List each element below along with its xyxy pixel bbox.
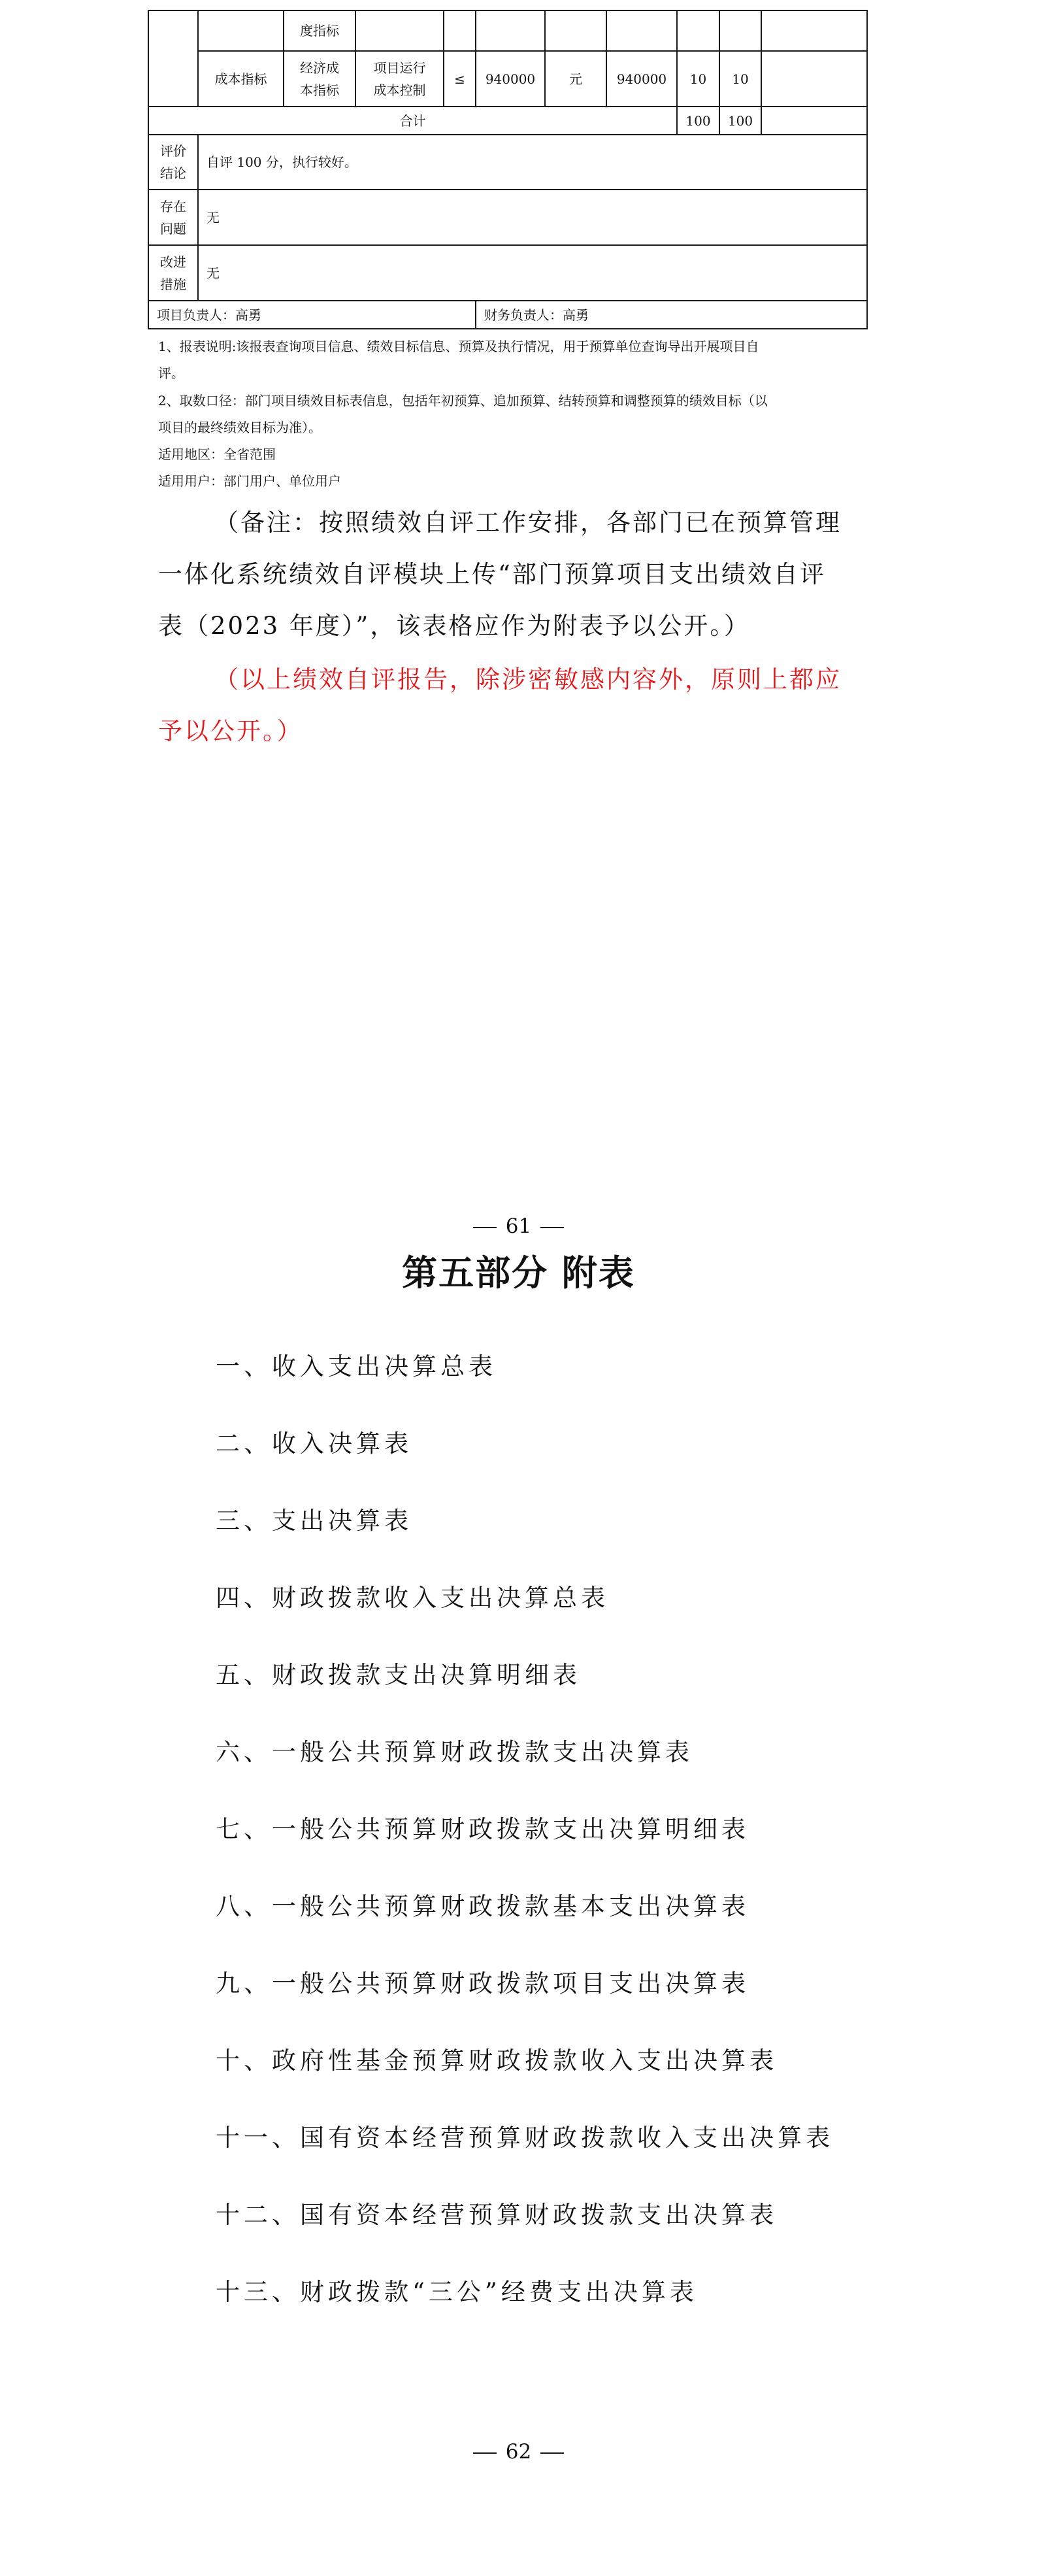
indicator-level3: 经济成 本指标 — [284, 51, 355, 107]
indicator-partial: 度指标 — [284, 10, 355, 51]
note-line: 评。 — [158, 365, 184, 382]
problems-label: 存在 问题 — [148, 190, 198, 245]
evaluation-label: 评价 结论 — [148, 135, 198, 190]
dash-decoration — [540, 2452, 564, 2454]
project-lead: 项目负责人：高勇 — [148, 301, 476, 329]
toc-item: 七、一般公共预算财政拨款支出决算明细表 — [216, 1809, 749, 1845]
improvements-value: 无 — [198, 245, 867, 301]
score: 10 — [719, 51, 761, 107]
indicator-level2: 成本指标 — [198, 51, 284, 107]
finance-lead: 财务负责人：高勇 — [476, 301, 867, 329]
toc-item: 十二、国有资本经营预算财政拨款支出决算表 — [216, 2195, 778, 2230]
dash-decoration — [473, 2452, 497, 2454]
operator: ≤ — [444, 51, 476, 107]
note-users: 适用用户：部门用户、单位用户 — [158, 473, 341, 490]
section-title: 第五部分 附表 — [0, 1245, 1037, 1296]
note-line: 1、报表说明:该报表查询项目信息、绩效目标信息、预算及执行情况，用于预算单位查询… — [158, 338, 759, 355]
total-label: 合计 — [148, 107, 677, 135]
problems-row: 存在 问题 无 — [148, 190, 867, 245]
total-weight: 100 — [677, 107, 719, 135]
note-region: 适用地区：全省范围 — [158, 446, 276, 463]
toc-item: 三、支出决算表 — [216, 1501, 412, 1536]
table-cell-empty — [198, 10, 284, 51]
total-row: 合计 100 100 — [148, 107, 867, 135]
toc-item: 十三、财政拨款“三公”经费支出决算表 — [216, 2272, 698, 2307]
improvements-label: 改进 措施 — [148, 245, 198, 301]
signature-row: 项目负责人：高勇 财务负责人：高勇 — [148, 301, 867, 329]
target-value: 940000 — [476, 51, 545, 107]
public-notice-paragraph: （以上绩效自评报告，除涉密敏感内容外，原则上都应 予以公开。） — [158, 654, 870, 757]
toc-item: 十、政府性基金预算财政拨款收入支出决算表 — [216, 2041, 778, 2076]
dash-decoration — [473, 1227, 497, 1228]
toc-item: 九、一般公共预算财政拨款项目支出决算表 — [216, 1964, 749, 1999]
weight: 10 — [677, 51, 719, 107]
problems-value: 无 — [198, 190, 867, 245]
toc-item: 四、财政拨款收入支出决算总表 — [216, 1578, 609, 1613]
remark — [761, 51, 867, 107]
toc-item: 一、收入支出决算总表 — [216, 1347, 497, 1382]
evaluation-value: 自评 100 分，执行较好。 — [198, 135, 867, 190]
page-number: 62 — [0, 2440, 1037, 2464]
evaluation-row: 评价 结论 自评 100 分，执行较好。 — [148, 135, 867, 190]
toc-item: 五、财政拨款支出决算明细表 — [216, 1655, 581, 1690]
indicator-name: 项目运行 成本控制 — [355, 51, 444, 107]
improvements-row: 改进 措施 无 — [148, 245, 867, 301]
remark-paragraph: （备注：按照绩效自评工作安排，各部门已在预算管理 一体化系统绩效自评模块上传“部… — [158, 497, 870, 652]
actual-value: 940000 — [606, 51, 677, 107]
table-cell-empty — [148, 10, 198, 107]
unit: 元 — [545, 51, 606, 107]
table-row: 度指标 — [148, 10, 867, 51]
table-row-cost: 成本指标 经济成 本指标 项目运行 成本控制 ≤ 940000 元 940000… — [148, 51, 867, 107]
total-score: 100 — [719, 107, 761, 135]
note-line: 2、取数口径：部门项目绩效目标表信息，包括年初预算、追加预算、结转预算和调整预算… — [158, 392, 768, 409]
toc-item: 二、收入决算表 — [216, 1424, 412, 1459]
page-number: 61 — [0, 1214, 1037, 1238]
note-line: 项目的最终绩效目标为准）。 — [158, 419, 321, 436]
toc-item: 八、一般公共预算财政拨款基本支出决算表 — [216, 1886, 749, 1922]
dash-decoration — [540, 1227, 564, 1228]
performance-table: 度指标 成本指标 经济成 本指标 项目运行 成本控制 ≤ 940000 元 94… — [148, 10, 868, 329]
toc-item: 六、一般公共预算财政拨款支出决算表 — [216, 1732, 693, 1767]
toc-item: 十一、国有资本经营预算财政拨款收入支出决算表 — [216, 2118, 834, 2153]
